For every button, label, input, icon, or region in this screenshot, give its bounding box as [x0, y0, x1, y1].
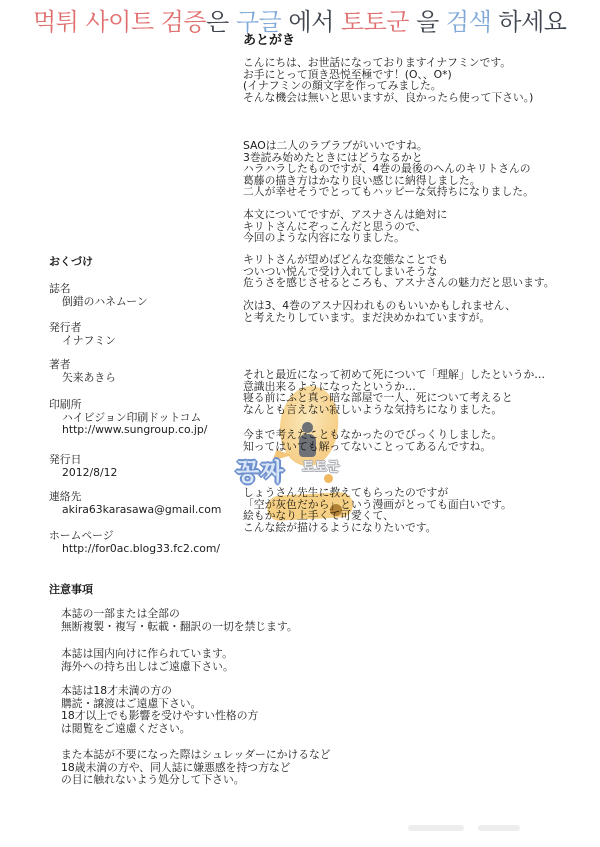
field-value: 倒錯のハネムーン — [62, 296, 259, 309]
field-value: http://for0ac.blog33.fc2.com/ — [62, 543, 259, 556]
field-value: 矢来あきら — [62, 372, 259, 385]
notice-item: 本誌は国内向けに作られています。 海外への持ち出しはご遠慮下さい。 — [61, 648, 401, 673]
colophon-field-contact: 連絡先 akira63karasawa@gmail.com — [49, 490, 259, 516]
colophon-field-publisher: 発行者 イナフミン — [49, 321, 259, 347]
colophon-field-author: 著者 矢来あきら — [49, 358, 259, 384]
banner-segment: 하세요 — [491, 8, 566, 36]
afterword-paragraph: SAOは二人のラブラブがいいですね。 3巻読み始めたときにはどうなるかと ハラハ… — [243, 140, 597, 198]
banner-segment: 을 — [409, 8, 446, 36]
colophon-heading: おくづけ — [49, 253, 93, 269]
page-title: あとがき — [243, 29, 295, 48]
scanned-afterword-page: 먹튀 사이트 검증은 구글 에서 토토군 을 검색 하세요 あとがき こんにちは… — [0, 0, 600, 847]
field-value: ハイビジョン印刷ドットコム http://www.sungroup.co.jp/ — [62, 412, 259, 438]
notice-item: 本誌の一部または全部の 無断複製・複写・転載・翻訳の一切を禁じます。 — [61, 608, 401, 633]
watermark-dot — [324, 474, 333, 483]
colophon-field-homepage: ホームページ http://for0ac.blog33.fc2.com/ — [49, 529, 259, 555]
watermark-text-small: 토토군 — [302, 456, 340, 475]
notice-item: 本誌は18才未満の方の 購読・譲渡はご遠慮下さい。 18才以上でも影響を受けやす… — [61, 685, 401, 735]
field-value: 2012/8/12 — [62, 467, 259, 480]
afterword-paragraph: 次は3、4巻のアスナ囚われものもいいかもしれません、 と考えたりしています。まだ… — [243, 300, 597, 323]
faint-mark — [478, 825, 520, 831]
field-label: 発行者 — [49, 321, 259, 335]
spam-banner: 먹튀 사이트 검증은 구글 에서 토토군 을 검색 하세요 — [33, 2, 566, 37]
colophon-field-date: 発行日 2012/8/12 — [49, 453, 259, 479]
colophon-field-title: 誌名 倒錯のハネムーン — [49, 282, 259, 308]
field-label: 誌名 — [49, 282, 259, 296]
field-label: ホームページ — [49, 529, 259, 543]
field-label: 印刷所 — [49, 398, 259, 412]
field-label: 著者 — [49, 358, 259, 372]
notices-heading: 注意事項 — [49, 581, 93, 597]
afterword-paragraph: キリトさんが望めばどんな変態なことでも ついつい悦んで受け入れてしまいそうな 危… — [243, 254, 597, 289]
field-label: 発行日 — [49, 453, 259, 467]
afterword-paragraph: しょうさん先生に教えてもらったのですが 「空が灰色だから」という漫画がとっても面… — [243, 487, 597, 533]
field-label: 連絡先 — [49, 490, 259, 504]
colophon-field-printer: 印刷所 ハイビジョン印刷ドットコム http://www.sungroup.co… — [49, 398, 259, 437]
afterword-paragraph: 今まで考えたこともなかったのでびっくりしました。 知ってはいても解ってないことっ… — [243, 429, 597, 452]
field-value: akira63karasawa@gmail.com — [62, 504, 259, 517]
afterword-paragraph: 本文についてですが、アスナさんは絶対に キリトさんにぞっこんだと思うので、 今回… — [243, 209, 597, 244]
notice-item: また本誌が不要になった際はシュレッダーにかけるなど 18歳未満の方や、同人誌に嫌… — [61, 749, 401, 787]
faint-mark — [408, 825, 464, 831]
banner-segment: 은 — [206, 8, 236, 36]
afterword-paragraph: こんにちは、お世話になっておりますイナフミンです。 お手にとって頂き恐悦至極です… — [243, 57, 597, 103]
banner-segment: 토토군 — [341, 8, 409, 36]
banner-segment: 검색 — [446, 8, 491, 36]
banner-segment: 먹튀 사이트 검증 — [33, 8, 206, 36]
afterword-paragraph: それと最近になって初めて死について「理解」したというか… 意識出来るようになった… — [243, 369, 597, 415]
field-value: イナフミン — [62, 335, 259, 348]
